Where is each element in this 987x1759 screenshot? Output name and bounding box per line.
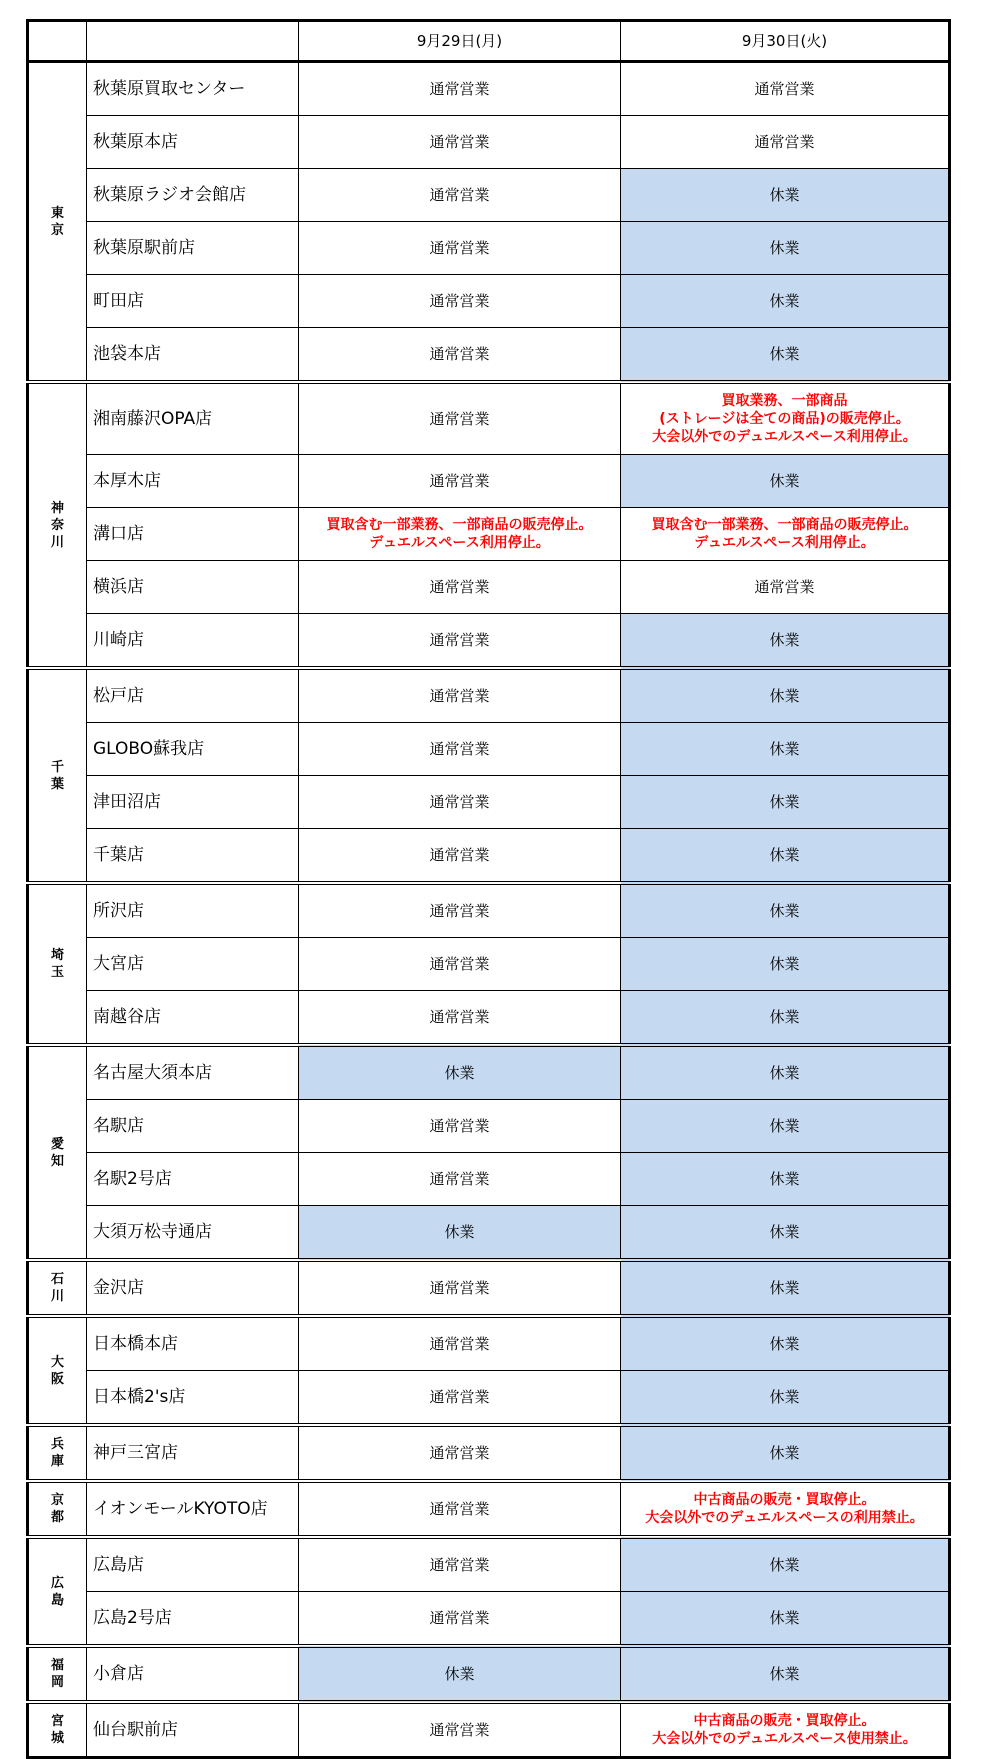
status-day2: 休業 — [621, 991, 950, 1046]
status-day1: 通常営業 — [299, 222, 621, 275]
status-day2: 中古商品の販売・買取停止。 大会以外でのデュエルスペースの利用禁止。 — [621, 1481, 950, 1537]
table-row: 広島2号店通常営業休業 — [28, 1592, 950, 1647]
status-day1: 通常営業 — [299, 62, 621, 116]
status-day2: 休業 — [621, 222, 950, 275]
header-store — [87, 21, 299, 62]
prefecture-cell: 千葉 — [28, 668, 87, 883]
status-day1: 休業 — [299, 1045, 621, 1100]
store-name: 神戸三宮店 — [87, 1425, 299, 1481]
store-name: 小倉店 — [87, 1646, 299, 1702]
status-day1: 通常営業 — [299, 829, 621, 884]
store-name: 所沢店 — [87, 883, 299, 938]
store-name: 広島2号店 — [87, 1592, 299, 1647]
prefecture-label: 神奈川 — [50, 500, 66, 551]
store-name: 秋葉原買取センター — [87, 62, 299, 116]
status-day2: 休業 — [621, 1206, 950, 1261]
status-day1: 通常営業 — [299, 938, 621, 991]
store-name: 広島店 — [87, 1537, 299, 1592]
table-row: 南越谷店通常営業休業 — [28, 991, 950, 1046]
store-name: 津田沼店 — [87, 776, 299, 829]
table-row: 名駅店通常営業休業 — [28, 1100, 950, 1153]
store-name: 南越谷店 — [87, 991, 299, 1046]
prefecture-cell: 福岡 — [28, 1646, 87, 1702]
store-name: 秋葉原本店 — [87, 116, 299, 169]
prefecture-label: 埼玉 — [50, 947, 66, 981]
prefecture-label: 東京 — [50, 205, 66, 239]
table-row: 福岡小倉店休業休業 — [28, 1646, 950, 1702]
table-row: 千葉松戸店通常営業休業 — [28, 668, 950, 723]
store-name: 名駅店 — [87, 1100, 299, 1153]
prefecture-cell: 京都 — [28, 1481, 87, 1537]
status-day1: 通常営業 — [299, 1592, 621, 1647]
store-name: GLOBO蘇我店 — [87, 723, 299, 776]
store-hours-table: 9月29日(月) 9月30日(火) 東京秋葉原買取センター通常営業通常営業秋葉原… — [26, 19, 951, 1759]
status-day2: 休業 — [621, 1260, 950, 1316]
status-day2: 休業 — [621, 1425, 950, 1481]
store-name: 大須万松寺通店 — [87, 1206, 299, 1261]
status-day2: 休業 — [621, 455, 950, 508]
store-name: 池袋本店 — [87, 328, 299, 383]
prefecture-label: 広島 — [50, 1575, 66, 1609]
status-day1: 通常営業 — [299, 1425, 621, 1481]
store-name: 湘南藤沢OPA店 — [87, 382, 299, 455]
status-day1: 通常営業 — [299, 776, 621, 829]
table-row: 池袋本店通常営業休業 — [28, 328, 950, 383]
status-day2: 休業 — [621, 776, 950, 829]
prefecture-label: 大阪 — [50, 1354, 66, 1388]
status-day2: 買取含む一部業務、一部商品の販売停止。 デュエルスペース利用停止。 — [621, 508, 950, 561]
store-name: 秋葉原駅前店 — [87, 222, 299, 275]
header-row: 9月29日(月) 9月30日(火) — [28, 21, 950, 62]
table-row: 宮城仙台駅前店通常営業中古商品の販売・買取停止。 大会以外でのデュエルスペース使… — [28, 1702, 950, 1758]
status-day1: 通常営業 — [299, 1153, 621, 1206]
prefecture-label: 宮城 — [50, 1713, 66, 1747]
store-name: 町田店 — [87, 275, 299, 328]
status-day2: 休業 — [621, 1153, 950, 1206]
table-row: 埼玉所沢店通常営業休業 — [28, 883, 950, 938]
store-name: 千葉店 — [87, 829, 299, 884]
store-name: 名古屋大須本店 — [87, 1045, 299, 1100]
header-day1: 9月29日(月) — [299, 21, 621, 62]
store-name: 本厚木店 — [87, 455, 299, 508]
status-day2: 休業 — [621, 169, 950, 222]
table-row: GLOBO蘇我店通常営業休業 — [28, 723, 950, 776]
prefecture-label: 福岡 — [50, 1657, 66, 1691]
table-row: 愛知名古屋大須本店休業休業 — [28, 1045, 950, 1100]
store-name: 日本橋2's店 — [87, 1371, 299, 1426]
table-row: 神奈川湘南藤沢OPA店通常営業買取業務、一部商品 (ストレージは全ての商品)の販… — [28, 382, 950, 455]
table-row: 大阪日本橋本店通常営業休業 — [28, 1316, 950, 1371]
table-row: 石川金沢店通常営業休業 — [28, 1260, 950, 1316]
table-row: 名駅2号店通常営業休業 — [28, 1153, 950, 1206]
status-day2: 通常営業 — [621, 116, 950, 169]
status-day1: 通常営業 — [299, 328, 621, 383]
table-row: 東京秋葉原買取センター通常営業通常営業 — [28, 62, 950, 116]
status-day2: 休業 — [621, 829, 950, 884]
prefecture-cell: 東京 — [28, 62, 87, 383]
store-name: 名駅2号店 — [87, 1153, 299, 1206]
table-row: 川崎店通常営業休業 — [28, 614, 950, 669]
status-day1: 通常営業 — [299, 1537, 621, 1592]
status-day2: 買取業務、一部商品 (ストレージは全ての商品)の販売停止。 大会以外でのデュエル… — [621, 382, 950, 455]
status-day2: 休業 — [621, 1646, 950, 1702]
status-day2: 休業 — [621, 614, 950, 669]
table-row: 広島広島店通常営業休業 — [28, 1537, 950, 1592]
table-row: 秋葉原ラジオ会館店通常営業休業 — [28, 169, 950, 222]
status-day2: 休業 — [621, 1045, 950, 1100]
table-row: 京都イオンモールKYOTO店通常営業中古商品の販売・買取停止。 大会以外でのデュ… — [28, 1481, 950, 1537]
status-day1: 通常営業 — [299, 1702, 621, 1758]
store-name: 仙台駅前店 — [87, 1702, 299, 1758]
status-day1: 通常営業 — [299, 382, 621, 455]
status-day1: 通常営業 — [299, 116, 621, 169]
status-day1: 通常営業 — [299, 614, 621, 669]
status-day2: 通常営業 — [621, 62, 950, 116]
prefecture-label: 千葉 — [50, 759, 66, 793]
prefecture-cell: 石川 — [28, 1260, 87, 1316]
status-day1: 通常営業 — [299, 455, 621, 508]
status-day2: 休業 — [621, 1371, 950, 1426]
status-day2: 休業 — [621, 938, 950, 991]
prefecture-cell: 宮城 — [28, 1702, 87, 1758]
store-name: 大宮店 — [87, 938, 299, 991]
store-name: イオンモールKYOTO店 — [87, 1481, 299, 1537]
status-day1: 休業 — [299, 1646, 621, 1702]
status-day1: 買取含む一部業務、一部商品の販売停止。 デュエルスペース利用停止。 — [299, 508, 621, 561]
store-name: 日本橋本店 — [87, 1316, 299, 1371]
status-day1: 通常営業 — [299, 1316, 621, 1371]
status-day2: 休業 — [621, 1537, 950, 1592]
table-row: 秋葉原駅前店通常営業休業 — [28, 222, 950, 275]
status-day1: 通常営業 — [299, 1371, 621, 1426]
status-day2: 休業 — [621, 723, 950, 776]
table-row: 日本橋2's店通常営業休業 — [28, 1371, 950, 1426]
store-name: 秋葉原ラジオ会館店 — [87, 169, 299, 222]
table-row: 町田店通常営業休業 — [28, 275, 950, 328]
status-day1: 通常営業 — [299, 169, 621, 222]
status-day2: 休業 — [621, 1100, 950, 1153]
prefecture-label: 兵庫 — [50, 1436, 66, 1470]
prefecture-cell: 埼玉 — [28, 883, 87, 1045]
status-day1: 通常営業 — [299, 668, 621, 723]
prefecture-cell: 広島 — [28, 1537, 87, 1646]
status-day1: 通常営業 — [299, 723, 621, 776]
status-day2: 休業 — [621, 883, 950, 938]
status-day2: 通常営業 — [621, 561, 950, 614]
header-prefecture — [28, 21, 87, 62]
store-name: 溝口店 — [87, 508, 299, 561]
table-row: 津田沼店通常営業休業 — [28, 776, 950, 829]
prefecture-cell: 愛知 — [28, 1045, 87, 1260]
store-name: 川崎店 — [87, 614, 299, 669]
status-day1: 通常営業 — [299, 883, 621, 938]
prefecture-cell: 兵庫 — [28, 1425, 87, 1481]
status-day2: 休業 — [621, 328, 950, 383]
prefecture-label: 石川 — [50, 1271, 66, 1305]
prefecture-label: 京都 — [50, 1492, 66, 1526]
table-row: 秋葉原本店通常営業通常営業 — [28, 116, 950, 169]
store-name: 金沢店 — [87, 1260, 299, 1316]
table-row: 本厚木店通常営業休業 — [28, 455, 950, 508]
status-day2: 休業 — [621, 1592, 950, 1647]
status-day1: 休業 — [299, 1206, 621, 1261]
status-day1: 通常営業 — [299, 275, 621, 328]
table-row: 横浜店通常営業通常営業 — [28, 561, 950, 614]
status-day1: 通常営業 — [299, 1100, 621, 1153]
header-day2: 9月30日(火) — [621, 21, 950, 62]
table-row: 大宮店通常営業休業 — [28, 938, 950, 991]
table-row: 千葉店通常営業休業 — [28, 829, 950, 884]
store-name: 横浜店 — [87, 561, 299, 614]
status-day2: 休業 — [621, 668, 950, 723]
prefecture-cell: 神奈川 — [28, 382, 87, 668]
table-row: 大須万松寺通店休業休業 — [28, 1206, 950, 1261]
prefecture-label: 愛知 — [50, 1136, 66, 1170]
store-name: 松戸店 — [87, 668, 299, 723]
status-day1: 通常営業 — [299, 1481, 621, 1537]
status-day1: 通常営業 — [299, 1260, 621, 1316]
status-day1: 通常営業 — [299, 991, 621, 1046]
table-row: 溝口店買取含む一部業務、一部商品の販売停止。 デュエルスペース利用停止。買取含む… — [28, 508, 950, 561]
status-day2: 休業 — [621, 1316, 950, 1371]
status-day2: 中古商品の販売・買取停止。 大会以外でのデュエルスペース使用禁止。 — [621, 1702, 950, 1758]
table-row: 兵庫神戸三宮店通常営業休業 — [28, 1425, 950, 1481]
status-day1: 通常営業 — [299, 561, 621, 614]
status-day2: 休業 — [621, 275, 950, 328]
prefecture-cell: 大阪 — [28, 1316, 87, 1425]
